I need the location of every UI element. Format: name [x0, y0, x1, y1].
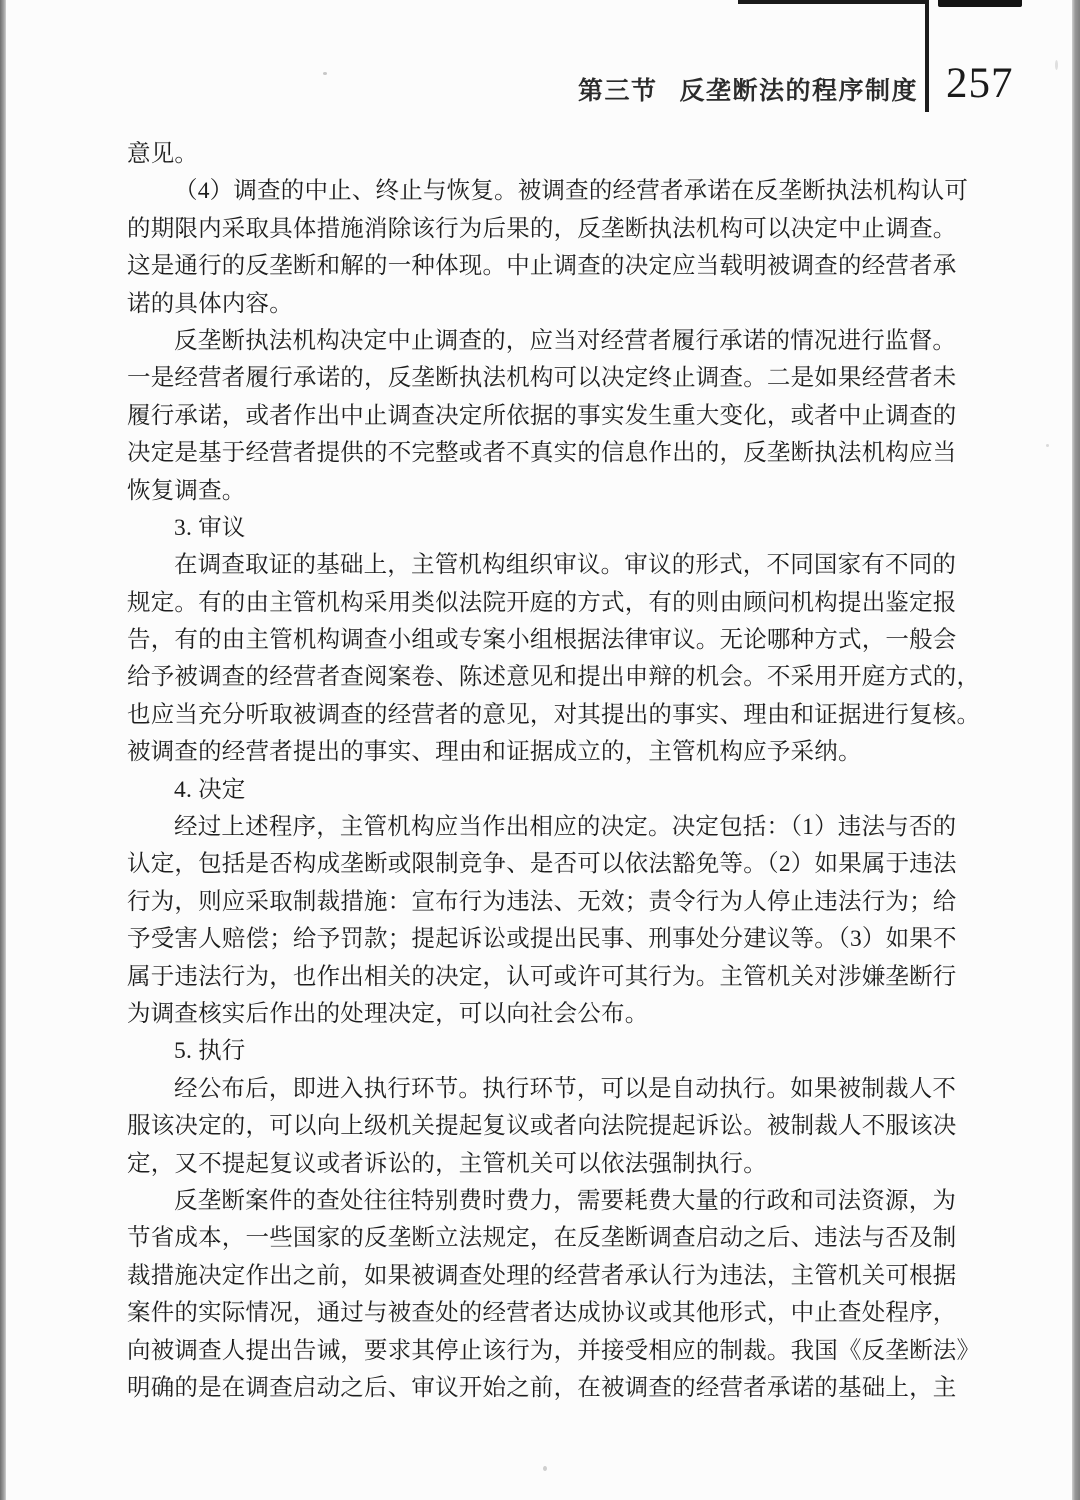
text-line: 定，又不提起复议或者诉讼的，主管机关可以依法强制执行。 [127, 1146, 945, 1183]
text-line: 也应当充分听取被调查的经营者的意见，对其提出的事实、理由和证据进行复核。 [127, 697, 945, 734]
text-line: 案件的实际情况，通过与被查处的经营者达成协议或其他形式，中止查处程序， [127, 1295, 945, 1332]
text-line: （4）调查的中止、终止与恢复。被调查的经营者承诺在反垄断执法机构认可 [127, 173, 945, 210]
text-line: 诺的具体内容。 [127, 286, 945, 323]
text-line: 服该决定的，可以向上级机关提起复议或者向法院提起诉讼。被制裁人不服该决 [127, 1108, 945, 1145]
scan-right-edge [1072, 0, 1080, 1500]
header-divider-rule [925, 0, 929, 112]
text-line: 明确的是在调查启动之后、审议开始之前，在被调查的经营者承诺的基础上，主 [127, 1370, 945, 1407]
text-line: 裁措施决定作出之前，如果被调查处理的经营者承认行为违法，主管机关可根据 [127, 1258, 945, 1295]
paragraph: 5. 执行 [127, 1033, 945, 1070]
text-line: 反垄断执法机构决定中止调查的，应当对经营者履行承诺的情况进行监督。 [127, 323, 945, 360]
text-line: 决定是基于经营者提供的不完整或者不真实的信息作出的，反垄断执法机构应当 [127, 435, 945, 472]
section-label: 第三节 [578, 77, 658, 105]
paragraph: 3. 审议 [127, 510, 945, 547]
text-line: 反垄断案件的查处往往特别费时费力，需要耗费大量的行政和司法资源，为 [127, 1183, 945, 1220]
paragraph: 意见。 [127, 136, 945, 173]
text-line: 恢复调查。 [127, 473, 945, 510]
paragraph: 经过上述程序，主管机构应当作出相应的决定。决定包括：（1）违法与否的认定，包括是… [127, 809, 945, 1033]
section-title: 反垄断法的程序制度 [679, 77, 918, 105]
text-line: 履行承诺，或者作出中止调查决定所依据的事实发生重大变化，或者中止调查的 [127, 398, 945, 435]
text-line: 认定，包括是否构成垄断或限制竞争、是否可以依法豁免等。（2）如果属于违法 [127, 846, 945, 883]
text-line: 被调查的经营者提出的事实、理由和证据成立的，主管机构应予采纳。 [127, 734, 945, 771]
scan-top-edge-right [938, 0, 1022, 7]
text-line: 予受害人赔偿；给予罚款；提起诉讼或提出民事、刑事处分建议等。（3）如果不 [127, 921, 945, 958]
text-line: 意见。 [127, 136, 945, 173]
text-line: 经过上述程序，主管机构应当作出相应的决定。决定包括：（1）违法与否的 [127, 809, 945, 846]
paragraph: 经公布后，即进入执行环节。执行环节，可以是自动执行。如果被制裁人不服该决定的，可… [127, 1071, 945, 1183]
text-line: 经公布后，即进入执行环节。执行环节，可以是自动执行。如果被制裁人不 [127, 1071, 945, 1108]
text-line: 告，有的由主管机构调查小组或专案小组根据法律审议。无论哪种方式，一般会 [127, 622, 945, 659]
text-line: 在调查取证的基础上，主管机构组织审议。审议的形式，不同国家有不同的 [127, 547, 945, 584]
paragraph: 反垄断案件的查处往往特别费时费力，需要耗费大量的行政和司法资源，为节省成本，一些… [127, 1183, 945, 1407]
text-line: 属于违法行为，也作出相关的决定，认可或许可其行为。主管机关对涉嫌垄断行 [127, 959, 945, 996]
paragraph: 反垄断执法机构决定中止调查的，应当对经营者履行承诺的情况进行监督。一是经营者履行… [127, 323, 945, 510]
text-line: 一是经营者履行承诺的，反垄断执法机构可以决定终止调查。二是如果经营者未 [127, 360, 945, 397]
page-body-text: 意见。（4）调查的中止、终止与恢复。被调查的经营者承诺在反垄断执法机构认可的期限… [127, 136, 945, 1407]
running-header: 第三节反垄断法的程序制度 [578, 76, 918, 106]
text-line: 节省成本，一些国家的反垄断立法规定，在反垄断调查启动之后、违法与否及制 [127, 1220, 945, 1257]
text-line: 规定。有的由主管机构采用类似法院开庭的方式，有的则由顾问机构提出鉴定报 [127, 585, 945, 622]
scan-left-edge [0, 0, 6, 1500]
text-line: 为调查核实后作出的处理决定，可以向社会公布。 [127, 996, 945, 1033]
scan-speck [543, 1466, 547, 1471]
text-line: 这是通行的反垄断和解的一种体现。中止调查的决定应当载明被调查的经营者承 [127, 248, 945, 285]
paragraph: 在调查取证的基础上，主管机构组织审议。审议的形式，不同国家有不同的规定。有的由主… [127, 547, 945, 771]
page-number: 257 [946, 60, 1014, 108]
text-line: 给予被调查的经营者查阅案卷、陈述意见和提出申辩的机会。不采用开庭方式的， [127, 659, 945, 696]
paragraph: 4. 决定 [127, 772, 945, 809]
scan-speck [1046, 444, 1049, 447]
text-line: 4. 决定 [127, 772, 945, 809]
scan-speck [323, 72, 327, 75]
text-line: 向被调查人提出告诫，要求其停止该行为，并接受相应的制裁。我国《反垄断法》 [127, 1333, 945, 1370]
scanned-book-page: 第三节反垄断法的程序制度 257 意见。（4）调查的中止、终止与恢复。被调查的经… [0, 0, 1080, 1500]
text-line: 5. 执行 [127, 1033, 945, 1070]
scan-top-edge-left [738, 0, 928, 4]
scan-speck [1055, 60, 1058, 70]
text-line: 的期限内采取具体措施消除该行为后果的，反垄断执法机构可以决定中止调查。 [127, 211, 945, 248]
text-line: 3. 审议 [127, 510, 945, 547]
text-line: 行为，则应采取制裁措施：宣布行为违法、无效；责令行为人停止违法行为；给 [127, 884, 945, 921]
paragraph: （4）调查的中止、终止与恢复。被调查的经营者承诺在反垄断执法机构认可的期限内采取… [127, 173, 945, 323]
